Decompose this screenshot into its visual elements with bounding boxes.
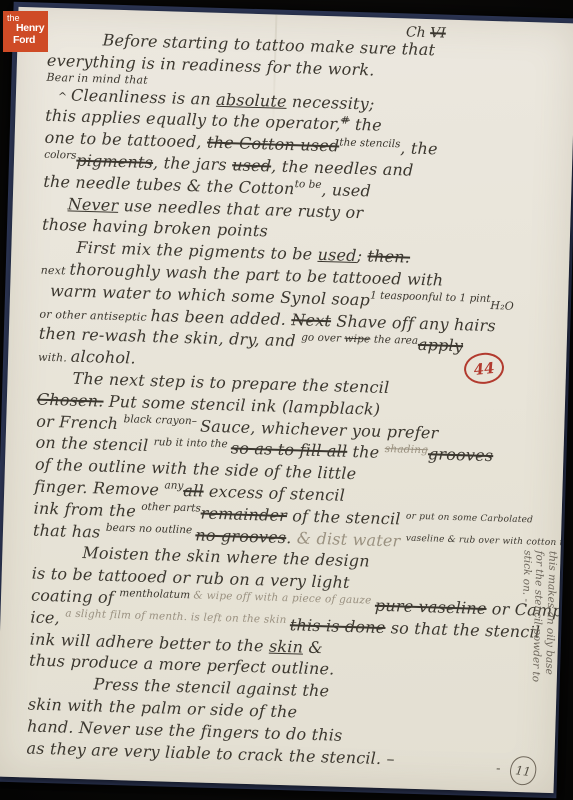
logo-ford: Ford [13, 35, 48, 46]
handwriting-segment: the Cotton used [207, 133, 340, 156]
handwriting-segment: other parts [141, 501, 201, 515]
handwriting-segment: Shave off any hairs [331, 311, 496, 335]
handwriting-segment: grooves [428, 445, 494, 466]
handwriting-segment: ink from the [33, 498, 141, 520]
handwriting-segment: remainder [200, 503, 287, 525]
handwriting-segment: coating of [31, 585, 120, 607]
red-number-value: 44 [473, 358, 496, 378]
handwriting-segment: black crayon– [123, 413, 200, 427]
handwriting-segment: . [286, 528, 297, 547]
handwriting-segment: shading [385, 443, 429, 456]
handwriting-segment: , the jars [153, 153, 233, 174]
handwriting-segment: with. [38, 351, 71, 365]
handwriting-segment: any [164, 480, 183, 493]
handwriting-segment: pigments [76, 151, 153, 172]
henry-ford-logo: the Henry Ford [3, 11, 48, 52]
handwriting-segment: 1 teaspoonful to 1 pint [370, 290, 491, 306]
handwriting-segment: the [347, 442, 385, 462]
handwriting-segment: apply [418, 335, 464, 355]
handwriting-segment: the stencils [339, 136, 400, 150]
photo-frame: Ch VI Before starting to tattoo make sur… [0, 0, 573, 800]
handwriting-segment: used [232, 155, 272, 175]
handwriting-segment: this is done [290, 615, 386, 637]
handwriting-segment: alcohol. [71, 347, 137, 368]
handwriting-segment: or other antiseptic [39, 307, 150, 323]
manuscript-page: Ch VI Before starting to tattoo make sur… [0, 7, 573, 793]
handwriting-segment: rub it into the [154, 436, 232, 450]
handwriting-segment: & dist water [297, 528, 406, 550]
handwriting-segment: of the stencil [287, 506, 406, 529]
vertical-margin-note: this makes an oily base for the stencil … [517, 550, 558, 683]
handwriting-segment: or put on some Carbolated [406, 511, 533, 525]
handwriting-segment: then. [367, 247, 410, 267]
handwriting-segment: pure vaseline [375, 596, 487, 618]
handwriting-segment: no grooves [195, 525, 286, 547]
handwriting-segment: vaseline & rub over with cotton to remov… [406, 533, 573, 551]
handwriting-segment: that has [33, 520, 106, 541]
handwriting-segment: the [349, 115, 382, 135]
handwriting-segment: Never [67, 194, 118, 214]
handwriting-segment: next [41, 264, 70, 278]
handwriting-segment: H₂O [490, 299, 514, 313]
handwriting-segment: wipe [344, 333, 370, 346]
handwriting-segment: on the stencil [35, 433, 154, 455]
handwriting-segment: , the needles and [271, 156, 414, 179]
handwriting-segment: to be [295, 178, 322, 191]
handwriting-segment: absolute [216, 89, 287, 110]
handwriting-segment: one to be tattooed, [44, 128, 207, 152]
handwriting-segment: ^ [58, 90, 72, 103]
handwriting-segment: necessity; [286, 91, 374, 113]
handwriting-segment: finger. Remove [34, 477, 165, 500]
handwriting-segment: Cleanliness is an [71, 85, 217, 108]
handwriting-segment: colors [44, 149, 77, 162]
manuscript-lines: Before starting to tattoo make sure that… [26, 28, 551, 774]
logo-henry: Henry [16, 23, 48, 34]
handwriting-segment: & [303, 637, 323, 657]
handwriting-segment: mentholatum [119, 588, 193, 602]
page-number-value: 11 [515, 763, 532, 779]
page-number-dash: - [496, 761, 501, 776]
handwriting-segment: skin [269, 636, 304, 656]
handwriting-segment: so that the stencil [385, 618, 540, 642]
handwriting-segment: excess of stencil [203, 482, 345, 505]
handwriting-segment: bears no outline [106, 522, 196, 537]
handwriting-segment: , the [400, 138, 438, 158]
handwriting-segment: ice, [30, 607, 65, 627]
handwriting-segment: so as to fill all [231, 439, 348, 461]
handwriting-segment: Next [291, 310, 331, 330]
handwriting-segment: # [341, 114, 350, 126]
handwriting-segment: all [183, 481, 204, 501]
handwriting-segment: used [317, 245, 357, 265]
handwriting-segment: Chosen. [37, 389, 104, 410]
handwriting-segment: the area [370, 333, 418, 346]
handwriting-segment: or French [36, 411, 124, 433]
handwriting-segment: , used [321, 180, 371, 200]
handwriting-segment: go over [301, 331, 345, 344]
handwriting-segment: has been added. [150, 306, 291, 329]
